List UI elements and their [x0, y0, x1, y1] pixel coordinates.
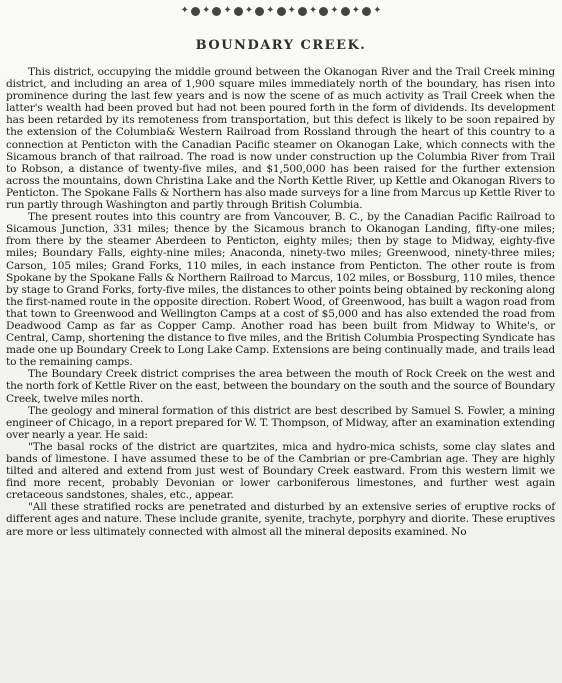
decorative-ornament-rule: ✦✦✦✦✦✦✦✦✦✦ [0, 3, 562, 20]
ornament-dot-icon [362, 7, 371, 16]
paragraph-routes: The present routes into this country are… [6, 211, 555, 368]
ornament-dot-icon [212, 7, 221, 16]
ornament-dot-icon [319, 7, 328, 16]
ornament-star-icon: ✦ [352, 3, 360, 19]
section-title: BOUNDARY CREEK. [0, 38, 562, 53]
article-body: This district, occupying the middle grou… [6, 66, 555, 538]
ornament-star-icon: ✦ [309, 3, 317, 19]
ornament-star-icon: ✦ [330, 3, 338, 19]
ornament-star-icon: ✦ [373, 3, 381, 19]
ornament-dot-icon [341, 7, 350, 16]
ornament-dot-icon [191, 7, 200, 16]
paragraph-district-area: The Boundary Creek district comprises th… [6, 368, 555, 404]
ornament-dot-icon [277, 7, 286, 16]
ornament-star-icon: ✦ [181, 3, 189, 19]
paragraph-geology-intro: The geology and mineral formation of thi… [6, 405, 555, 441]
paragraph-intro: This district, occupying the middle grou… [6, 66, 555, 211]
ornament-star-icon: ✦ [288, 3, 296, 19]
ornament-dot-icon [298, 7, 307, 16]
document-page: ✦✦✦✦✦✦✦✦✦✦ BOUNDARY CREEK. This district… [0, 0, 562, 683]
ornament-star-icon: ✦ [266, 3, 274, 19]
ornament-dot-icon [234, 7, 243, 16]
ornament-dot-icon [255, 7, 264, 16]
ornament-star-icon: ✦ [202, 3, 210, 19]
ornament-star-icon: ✦ [245, 3, 253, 19]
ornament-star-icon: ✦ [223, 3, 231, 19]
paragraph-quote-basal-rocks: "The basal rocks of the district are qua… [6, 441, 555, 501]
paragraph-quote-eruptive-rocks: "All these stratified rocks are penetrat… [6, 501, 555, 537]
